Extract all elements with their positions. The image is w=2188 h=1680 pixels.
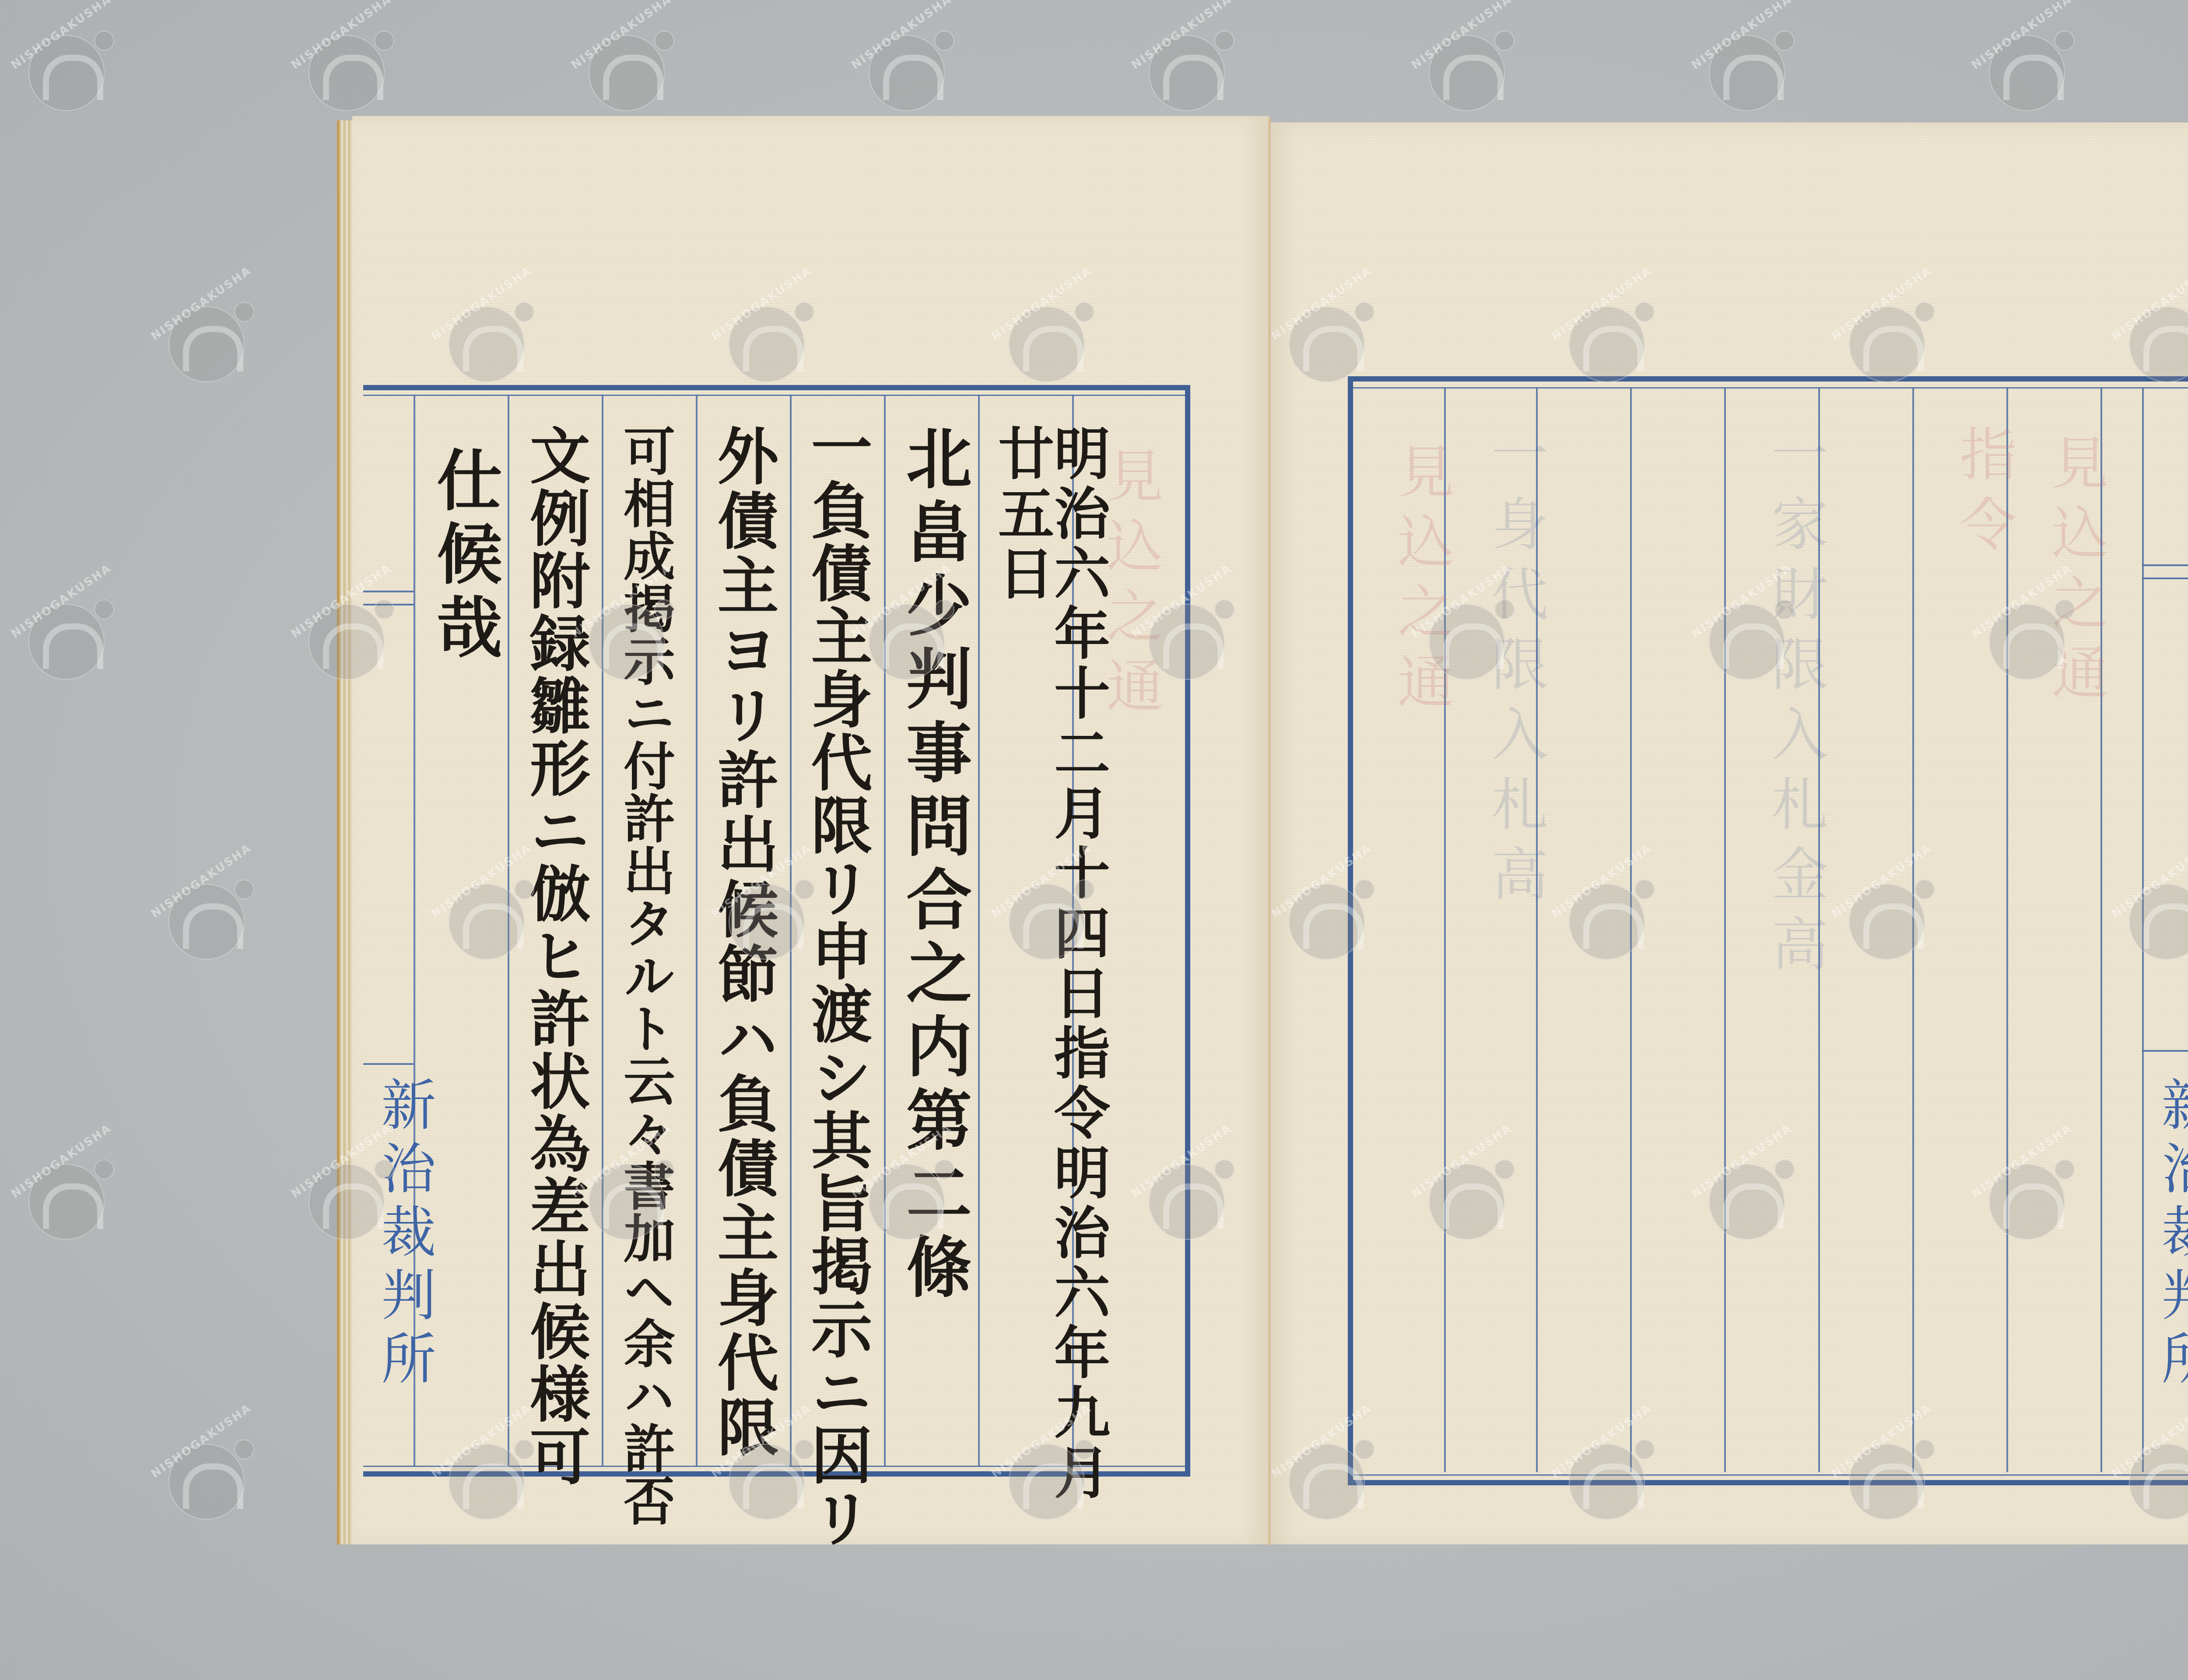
text-column-1: 明治六年十二月十四日指令明治六年九月廿五日 [993, 424, 1105, 1562]
book-gutter [1268, 118, 1271, 1545]
text-column-6: 文例附録雛形ニ倣ヒ許状為差出候様可 [525, 424, 586, 1488]
column-rule [884, 395, 886, 1466]
column-rule [1912, 387, 1914, 1472]
hashira-fishtail-top-right [2142, 564, 2188, 566]
column-rule [508, 395, 509, 1466]
column-rule [696, 395, 698, 1466]
bleed-through-text: 一身代限入札高 [1475, 424, 1557, 914]
hashira-fishtail-top-2 [363, 604, 414, 605]
hashira-right: 新治裁判所 [2144, 1076, 2188, 1393]
left-frame-inner-top [363, 395, 1185, 396]
bleed-through-text: 見込之通 [2035, 433, 2117, 713]
bleed-through-text: 見込之通 [1381, 442, 1462, 722]
column-rule [2142, 387, 2144, 1472]
column-rule [1630, 387, 1632, 1472]
text-column-7: 仕候哉 [431, 446, 497, 667]
right-frame-inner-bottom [1353, 1474, 2188, 1476]
text-column-4: 外債主ヨリ許出候節ハ負債主身代限 [712, 424, 774, 1460]
column-rule [602, 395, 603, 1466]
hashira-divider-right [2142, 1050, 2188, 1052]
hashira-left: 新治裁判所 [364, 1076, 443, 1393]
right-frame-inner-top [1353, 387, 2188, 388]
column-rule [790, 395, 792, 1466]
hashira-fishtail-top [363, 591, 414, 592]
bleed-through-text: 指令 [1943, 424, 2025, 564]
open-book: 見込之通 明治六年十二月十四日指令明治六年九月廿五日 北畠少判事問合之内第二條 … [337, 101, 2188, 1562]
text-column-2: 北畠少判事問合之内第二條 [901, 424, 966, 1306]
hashira-fishtail-top-right-2 [2142, 577, 2188, 579]
hashira-divider [363, 1063, 414, 1065]
column-rule [978, 395, 980, 1466]
text-column-5: 可相成掲示ニ付許出タルト云々書加ヘ余ハ許否 [619, 424, 671, 1527]
bleed-through-text: 一家財限入札金高 [1755, 424, 1837, 984]
text-column-3: 一負債主身代限リ申渡シ其旨掲示ニ因リ [806, 416, 867, 1550]
column-rule [1724, 387, 1726, 1472]
